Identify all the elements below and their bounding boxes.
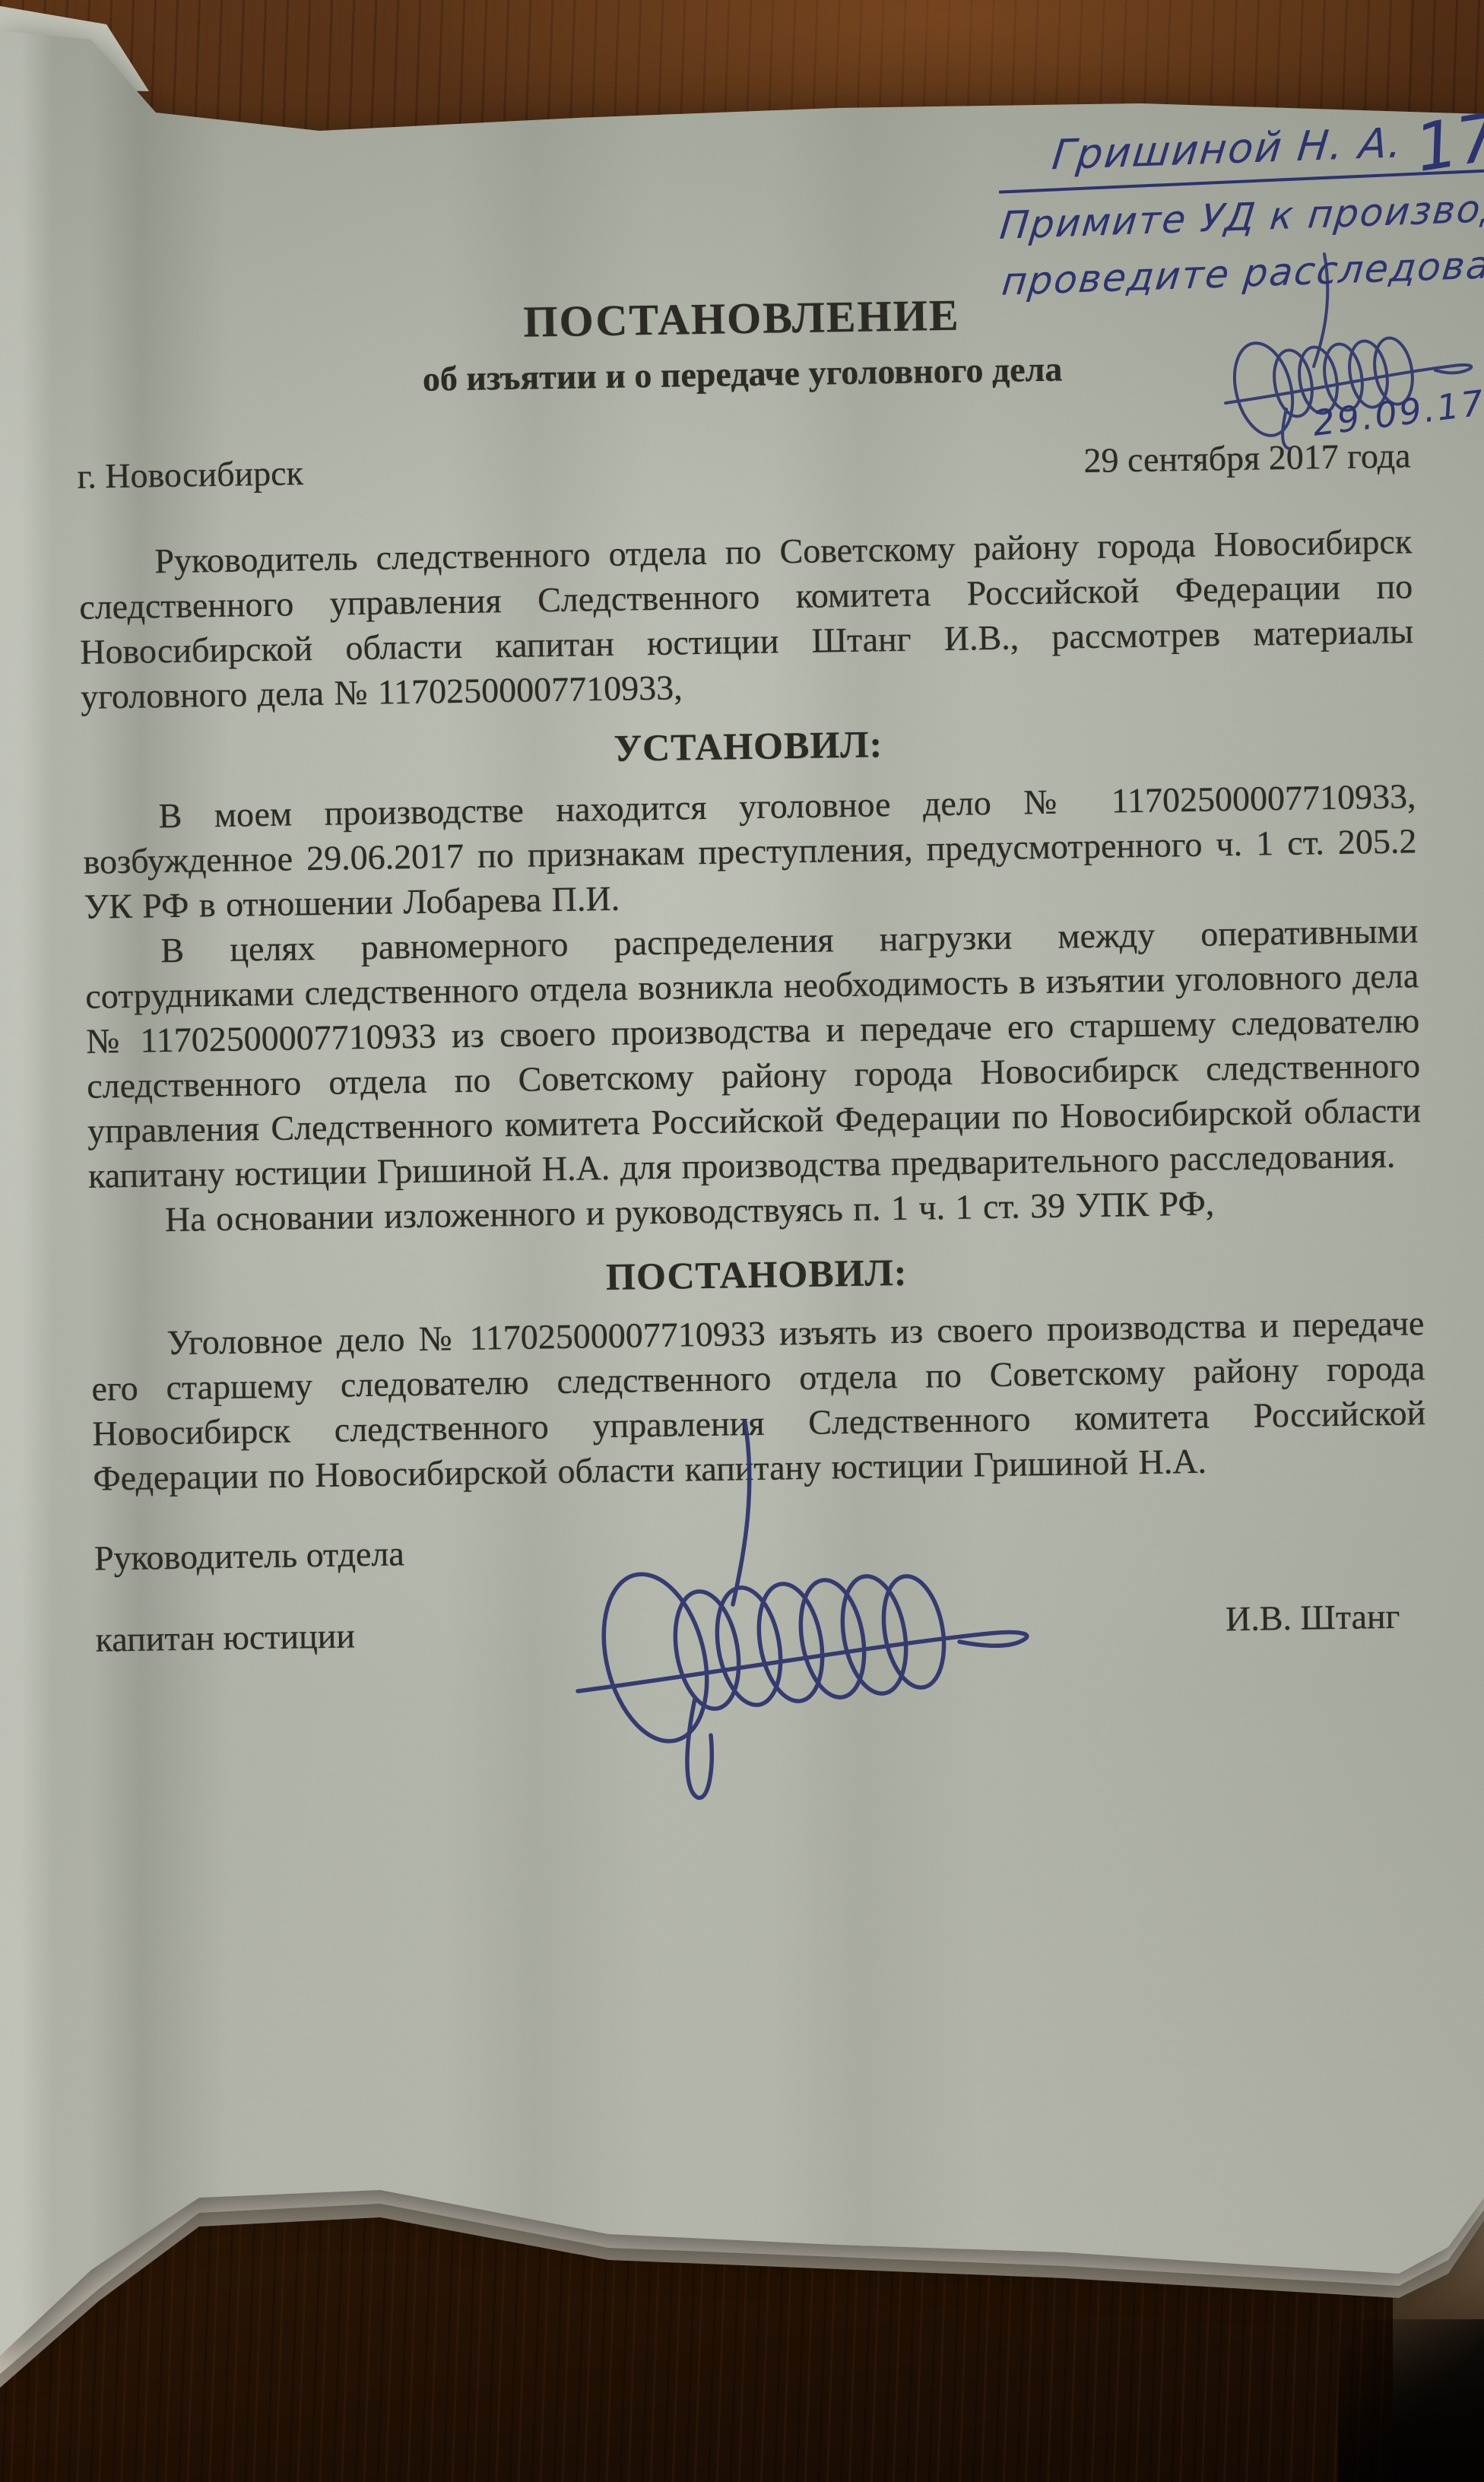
handwritten-page-number: 17 xyxy=(1410,99,1484,187)
heading-postanovil: ПОСТАНОВИЛ: xyxy=(90,1242,1424,1308)
heading-ustanovil: УСТАНОВИЛ: xyxy=(81,713,1416,779)
handwritten-instruction-line-1: Примите УД к производству и xyxy=(998,181,1484,248)
place-label: г. Новосибирск xyxy=(77,450,303,499)
signatory-name: И.В. Штанг xyxy=(1226,1593,1429,1641)
document-page: ПОСТАНОВЛЕНИЕ об изъятии и о передаче уг… xyxy=(0,0,1484,2482)
page-subtitle: об изъятии и о передаче уголовного дела xyxy=(75,341,1409,407)
chief-signature xyxy=(564,1416,1084,1814)
paragraph-case-facts: В моем производстве находится уголовное … xyxy=(82,773,1418,929)
signatory-position-line-1: Руководитель отдела xyxy=(94,1531,405,1580)
signatory-position-line-2: капитан юстиции xyxy=(95,1612,406,1662)
paragraph-transfer-reason: В целях равномерного распределения нагру… xyxy=(84,908,1422,1198)
photo-scene: ПОСТАНОВЛЕНИЕ об изъятии и о передаче уг… xyxy=(0,0,1484,2482)
paragraph-preamble: Руководитель следственного отдела по Сов… xyxy=(78,519,1414,719)
place-date-row: г. Новосибирск 29 сентября 2017 года xyxy=(77,433,1411,499)
